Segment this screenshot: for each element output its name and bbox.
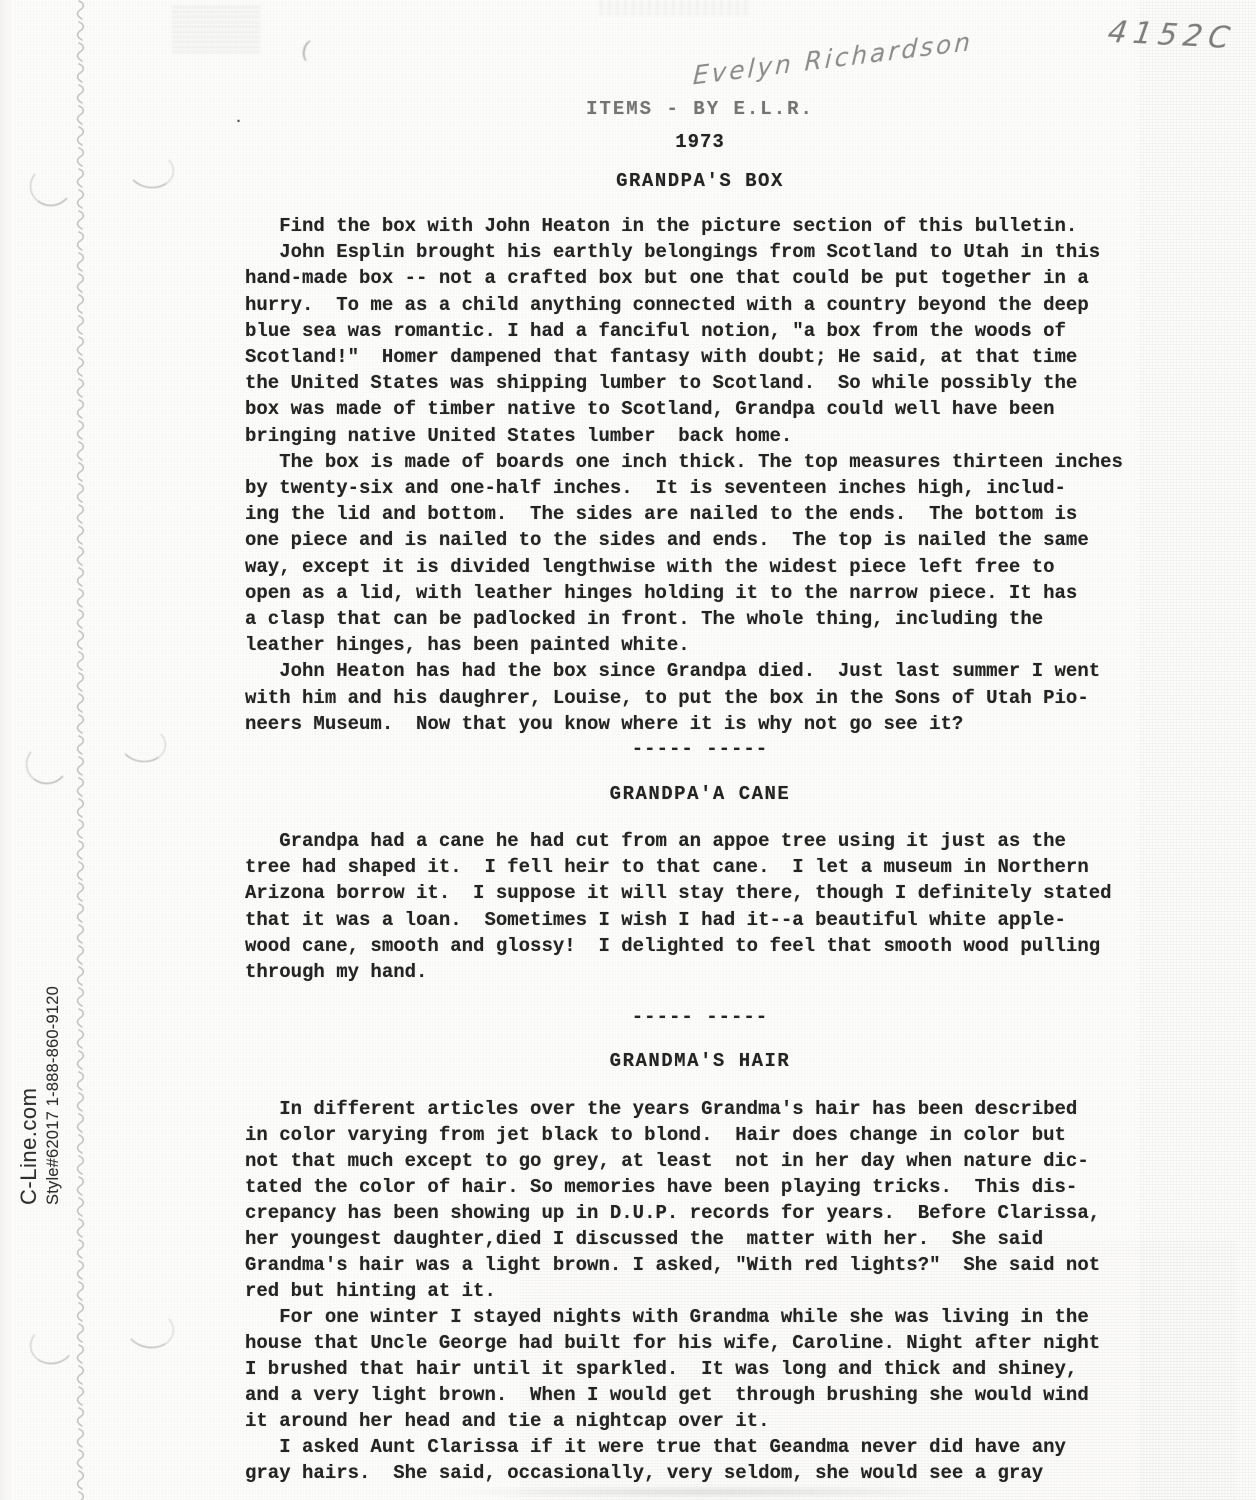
sleeve-brand-text: C-Line.com <box>16 933 42 1205</box>
paragraph: Find the box with John Heaton in the pic… <box>245 213 1123 239</box>
section-heading-grandmas-hair: GRANDMA'S HAIR <box>245 1050 1155 1072</box>
paragraph: John Esplin brought his earthly belongin… <box>245 239 1123 449</box>
paragraph: I asked Aunt Clarissa if it were true th… <box>245 1434 1100 1486</box>
punch-hole-shadow <box>118 724 168 765</box>
sleeve-style-number: Style#62017 1-888-860-9120 <box>42 933 64 1205</box>
typed-document: ITEMS - BY E.L.R. 1973 GRANDPA'S BOX Fin… <box>245 0 1205 1500</box>
punch-hole-shadow <box>124 1307 177 1351</box>
paragraph: John Heaton has had the box since Grandp… <box>245 658 1123 737</box>
paragraph: The box is made of boards one inch thick… <box>245 449 1123 659</box>
punch-hole-shadow <box>24 742 70 786</box>
section-body-grandmas-hair: In different articles over the years Gra… <box>245 1096 1100 1486</box>
punch-hole-shadow <box>28 164 74 208</box>
punch-hole-shadow <box>126 150 176 191</box>
section-divider: ----- ----- <box>245 738 1155 760</box>
sheet-protector-label: C-Line.com Style#62017 1-888-860-9120 <box>16 933 64 1205</box>
paragraph: In different articles over the years Gra… <box>245 1096 1100 1304</box>
stray-ink-dot: . <box>234 110 243 127</box>
section-divider: ----- ----- <box>245 1006 1155 1028</box>
section-heading-grandpas-box: GRANDPA'S BOX <box>245 170 1155 192</box>
page-edge <box>0 0 14 1500</box>
paragraph: For one winter I stayed nights with Gran… <box>245 1304 1100 1434</box>
punch-hole-shadow <box>28 1323 77 1367</box>
section-heading-grandpas-cane: GRANDPA'A CANE <box>245 783 1155 805</box>
binding-marks-icon <box>72 0 90 1500</box>
document-title: ITEMS - BY E.L.R. <box>245 98 1155 120</box>
paragraph: Grandpa had a cane he had cut from an ap… <box>245 828 1112 985</box>
document-year: 1973 <box>245 131 1155 153</box>
scanned-document-page: { "doc": { "title": "ITEMS - BY E.L.R.",… <box>0 0 1256 1500</box>
section-body-grandpas-box: Find the box with John Heaton in the pic… <box>245 213 1123 737</box>
section-body-grandpas-cane: Grandpa had a cane he had cut from an ap… <box>245 828 1112 985</box>
